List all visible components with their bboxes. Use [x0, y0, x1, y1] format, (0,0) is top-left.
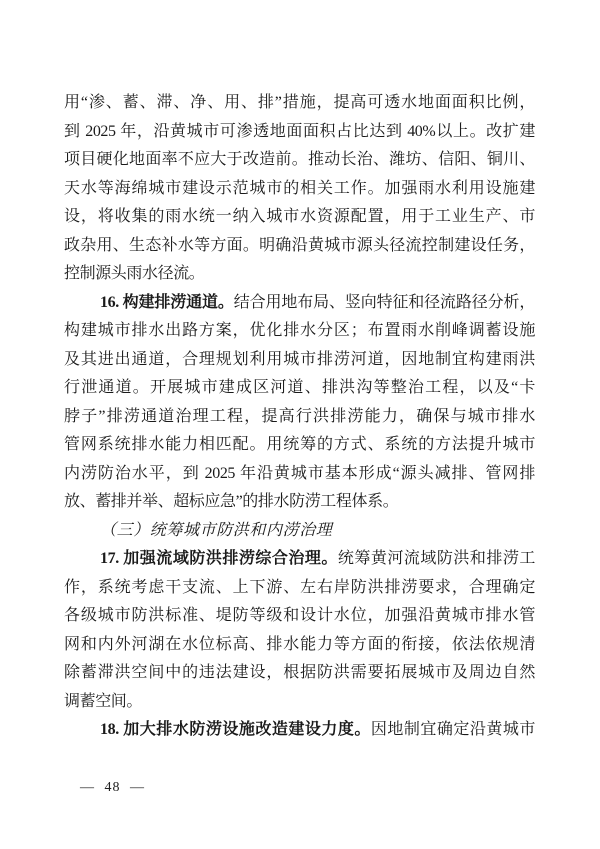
text-run: 项目硬化地面率不应大于改造前。推动长治、潍坊、信阳、铜川、 — [64, 151, 535, 168]
body-line-item-18: 18. 加大排水防涝设施改造建设力度。因地制宜确定沿黄城市 — [64, 716, 535, 745]
text-run: 除蓄滞洪空间中的违法建设，根据防洪需要拓展城市及周边自然 — [64, 664, 535, 681]
text-run: 内涝防治水平，到 2025 年沿黄城市基本形成“源头减排、管网排 — [64, 465, 535, 482]
text-run: 控制源头雨水径流。 — [64, 265, 204, 282]
body-line-item-16: 16. 构建排涝通道。结合用地布局、竖向特征和径流路径分析， — [64, 289, 535, 318]
text-run: 构建城市排水出路方案，优化排水分区；布置雨水削峰调蓄设施 — [64, 322, 535, 339]
body-line: 各级城市防洪标准、堤防等级和设计水位，加强沿黄城市排水管 — [64, 602, 535, 631]
body-line: 管网系统排水能力相匹配。用统筹的方式、系统的方法提升城市 — [64, 431, 535, 460]
item-number-bold: 18. 加大排水防涝设施改造建设力度。 — [100, 721, 371, 738]
body-line: 内涝防治水平，到 2025 年沿黄城市基本形成“源头减排、管网排 — [64, 460, 535, 489]
body-line: 政杂用、生态补水等方面。明确沿黄城市源头径流控制建设任务， — [64, 232, 535, 261]
text-run: 设，将收集的雨水统一纳入城市水资源配置，用于工业生产、市 — [64, 208, 535, 225]
text-run: （三）统筹城市防洪和内涝治理 — [100, 522, 332, 539]
body-line: 项目硬化地面率不应大于改造前。推动长治、潍坊、信阳、铜川、 — [64, 146, 535, 175]
body-line: 行泄通道。开展城市建成区河道、排洪沟等整治工程，以及“卡 — [64, 374, 535, 403]
document-page: 用“渗、蓄、滞、净、用、排”措施，提高可透水地面面积比例， 到 2025 年，沿… — [0, 0, 600, 849]
item-number-bold: 17. 加强流域防洪排涝综合治理。 — [100, 550, 338, 567]
text-run: 各级城市防洪标准、堤防等级和设计水位，加强沿黄城市排水管 — [64, 607, 535, 624]
body-line: 作，系统考虑干支流、上下游、左右岸防洪排涝要求，合理确定 — [64, 574, 535, 603]
section-heading: （三）统筹城市防洪和内涝治理 — [64, 517, 535, 546]
body-line: 构建城市排水出路方案，优化排水分区；布置雨水削峰调蓄设施 — [64, 317, 535, 346]
body-line: 放、蓄排并举、超标应急”的排水防涝工程体系。 — [64, 488, 535, 517]
body-line: 网和内外河湖在水位标高、排水能力等方面的衔接，依法依规清 — [64, 631, 535, 660]
body-line: 到 2025 年，沿黄城市可渗透地面面积占比达到 40%以上。改扩建 — [64, 118, 535, 147]
body-line: 天水等海绵城市建设示范城市的相关工作。加强雨水利用设施建 — [64, 175, 535, 204]
text-run: 调蓄空间。 — [64, 693, 142, 710]
body-line: 及其进出通道，合理规划利用城市排涝河道，因地制宜构建雨洪 — [64, 346, 535, 375]
body-line: 调蓄空间。 — [64, 688, 535, 717]
document-body: 用“渗、蓄、滞、净、用、排”措施，提高可透水地面面积比例， 到 2025 年，沿… — [64, 89, 535, 745]
body-line: 用“渗、蓄、滞、净、用、排”措施，提高可透水地面面积比例， — [64, 89, 535, 118]
page-number: — 48 — — [80, 780, 145, 796]
text-run: 统筹黄河流域防洪和排涝工 — [338, 550, 535, 567]
text-run: 行泄通道。开展城市建成区河道、排洪沟等整治工程，以及“卡 — [64, 379, 535, 396]
body-line: 脖子”排涝通道治理工程，提高行洪排涝能力，确保与城市排水 — [64, 403, 535, 432]
text-run: 用“渗、蓄、滞、净、用、排”措施，提高可透水地面面积比例， — [64, 94, 535, 111]
text-run: 网和内外河湖在水位标高、排水能力等方面的衔接，依法依规清 — [64, 636, 535, 653]
text-run: 管网系统排水能力相匹配。用统筹的方式、系统的方法提升城市 — [64, 436, 535, 453]
body-line: 除蓄滞洪空间中的违法建设，根据防洪需要拓展城市及周边自然 — [64, 659, 535, 688]
body-line: 控制源头雨水径流。 — [64, 260, 535, 289]
text-run: 因地制宜确定沿黄城市 — [371, 721, 535, 738]
text-run: 天水等海绵城市建设示范城市的相关工作。加强雨水利用设施建 — [64, 180, 535, 197]
text-run: 政杂用、生态补水等方面。明确沿黄城市源头径流控制建设任务， — [64, 237, 535, 254]
text-run: 结合用地布局、竖向特征和径流路径分析， — [234, 294, 535, 311]
text-run: 及其进出通道，合理规划利用城市排涝河道，因地制宜构建雨洪 — [64, 351, 535, 368]
text-run: 到 2025 年，沿黄城市可渗透地面面积占比达到 40%以上。改扩建 — [64, 123, 535, 140]
text-run: 脖子”排涝通道治理工程，提高行洪排涝能力，确保与城市排水 — [64, 408, 535, 425]
body-line-item-17: 17. 加强流域防洪排涝综合治理。统筹黄河流域防洪和排涝工 — [64, 545, 535, 574]
text-run: 作，系统考虑干支流、上下游、左右岸防洪排涝要求，合理确定 — [64, 579, 535, 596]
body-line: 设，将收集的雨水统一纳入城市水资源配置，用于工业生产、市 — [64, 203, 535, 232]
item-number-bold: 16. 构建排涝通道。 — [100, 294, 234, 311]
text-run: 放、蓄排并举、超标应急”的排水防涝工程体系。 — [64, 493, 398, 510]
